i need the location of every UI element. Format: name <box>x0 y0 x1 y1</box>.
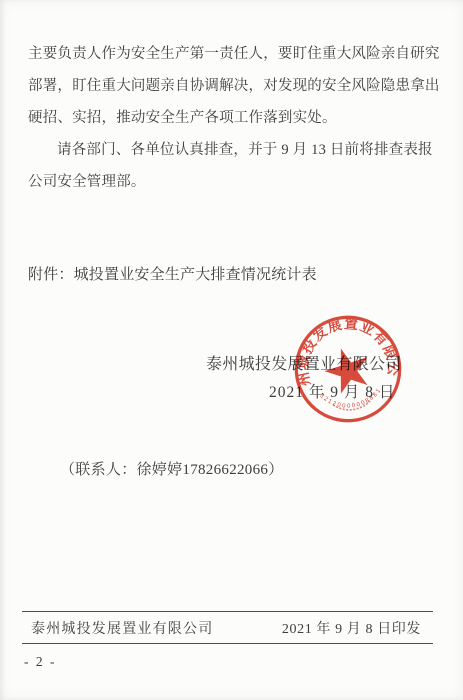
company-seal: 泰州城投发展置业有限公司 32120000008881 <box>280 301 416 437</box>
document-page: 主要负责人作为安全生产第一责任人，要盯住重大风险亲自研究 部署，盯住重大问题亲自… <box>0 0 463 700</box>
footer-rule-top <box>22 611 433 612</box>
footer-row: 泰州城投发展置业有限公司 2021 年 9 月 8 日印发 <box>22 617 433 639</box>
body-line: 请各部门、各单位认真排查，并于 9 月 13 日前将排查表报 <box>28 134 438 166</box>
footer-rule-bottom <box>22 643 433 644</box>
footer-print-date: 2021 年 9 月 8 日印发 <box>282 618 421 638</box>
body-line: 部署，盯住重大问题亲自协调解决，对发现的安全风险隐患拿出 <box>28 70 438 102</box>
seal-graphic: 泰州城投发展置业有限公司 32120000008881 <box>280 301 416 437</box>
attachment-line: 附件：城投置业安全生产大排查情况统计表 <box>28 263 317 284</box>
page-number: - 2 - <box>24 654 57 670</box>
footer-issuer: 泰州城投发展置业有限公司 <box>31 618 213 638</box>
body-line: 主要负责人作为安全生产第一责任人，要盯住重大风险亲自研究 <box>28 38 438 70</box>
body-text: 主要负责人作为安全生产第一责任人，要盯住重大风险亲自研究 部署，盯住重大问题亲自… <box>28 38 438 198</box>
body-line: 公司安全管理部。 <box>28 166 438 198</box>
seal-star-icon <box>319 341 375 396</box>
contact-line: （联系人：徐婷婷17826622066） <box>60 458 284 479</box>
body-line: 硬招、实招，推动安全生产各项工作落到实处。 <box>28 102 438 134</box>
